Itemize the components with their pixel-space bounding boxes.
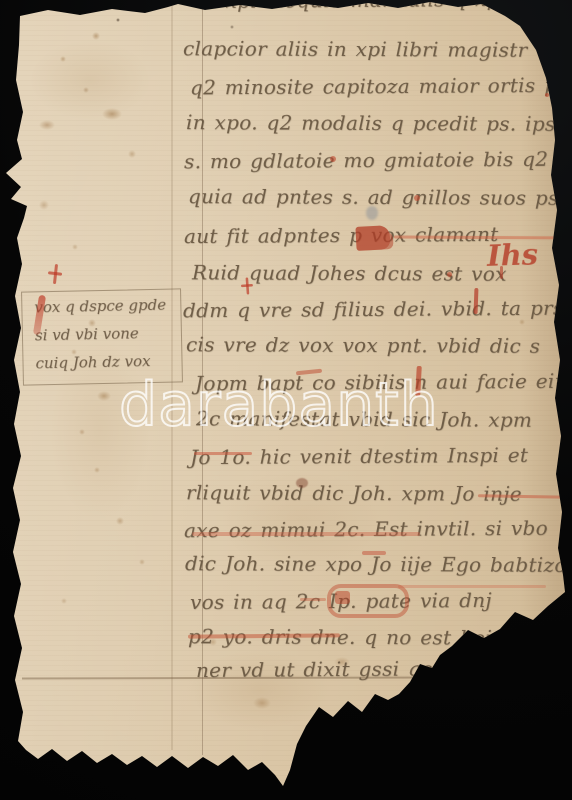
red-dash — [300, 598, 326, 601]
red-underline — [398, 585, 546, 588]
manuscript-line: rliquit vbid dic Joh. xpm Jo inje — [186, 479, 522, 506]
watermark-text: darabanth — [119, 370, 439, 440]
red-cartouche-mark — [327, 584, 409, 618]
manuscript-line: clapcior aliis in xpi libri magistr — [183, 35, 528, 63]
gray-smudge — [366, 206, 378, 220]
ink-blot — [296, 478, 308, 488]
manuscript-line: quia ad pntes s. ad gnillos suos psme — [188, 183, 572, 211]
manuscript-line: ner vd ut dixit gssi qo horta — [196, 655, 498, 683]
red-ink-dot — [545, 93, 549, 97]
photo-backdrop: in xpi eloquia manualis q xp clapcior al… — [0, 0, 572, 800]
red-dash — [362, 551, 386, 555]
manuscript-line: q2 minosite capitoza maior ortis pphet — [190, 72, 572, 101]
red-ihs-monogram: Ihs — [486, 237, 538, 273]
margin-note-line: vox q dspce gpde — [34, 296, 166, 317]
manuscript-line: in xpi eloquia manualis q xp — [197, 0, 500, 14]
margin-note-line: si vd vbi vone — [35, 324, 139, 344]
red-underline — [194, 452, 252, 455]
manuscript-line: axe oz mimui 2c. Est invtil. si vbo — [184, 515, 548, 544]
manuscript-line: ddm q vre sd filius dei. vbid. ta prs — [183, 295, 564, 324]
red-underline — [192, 532, 420, 536]
red-ink-dot — [414, 195, 420, 201]
red-ink-dot — [330, 156, 336, 162]
red-cross-mark — [240, 277, 253, 295]
red-ink-dot — [447, 272, 452, 277]
manuscript-line: cis vre dz vox vox pnt. vbid dic s — [186, 331, 540, 359]
manuscript-paper: in xpi eloquia manualis q xp clapcior al… — [0, 0, 572, 800]
manuscript-line: Jo 1o. hic venit dtestim Inspi et — [190, 442, 528, 470]
manuscript-line: Ruid quad Johes dcus est vox — [192, 259, 507, 286]
red-cross-mark — [47, 263, 63, 284]
red-stroke — [500, 266, 503, 279]
manuscript-line: s. mo gdlatoie mo gmiatoie bis q2 l — [184, 146, 564, 175]
manuscript-line: in xpo. q2 modalis q pcedit ps. ipsum — [186, 109, 572, 137]
red-paragraph-mark — [355, 225, 390, 251]
